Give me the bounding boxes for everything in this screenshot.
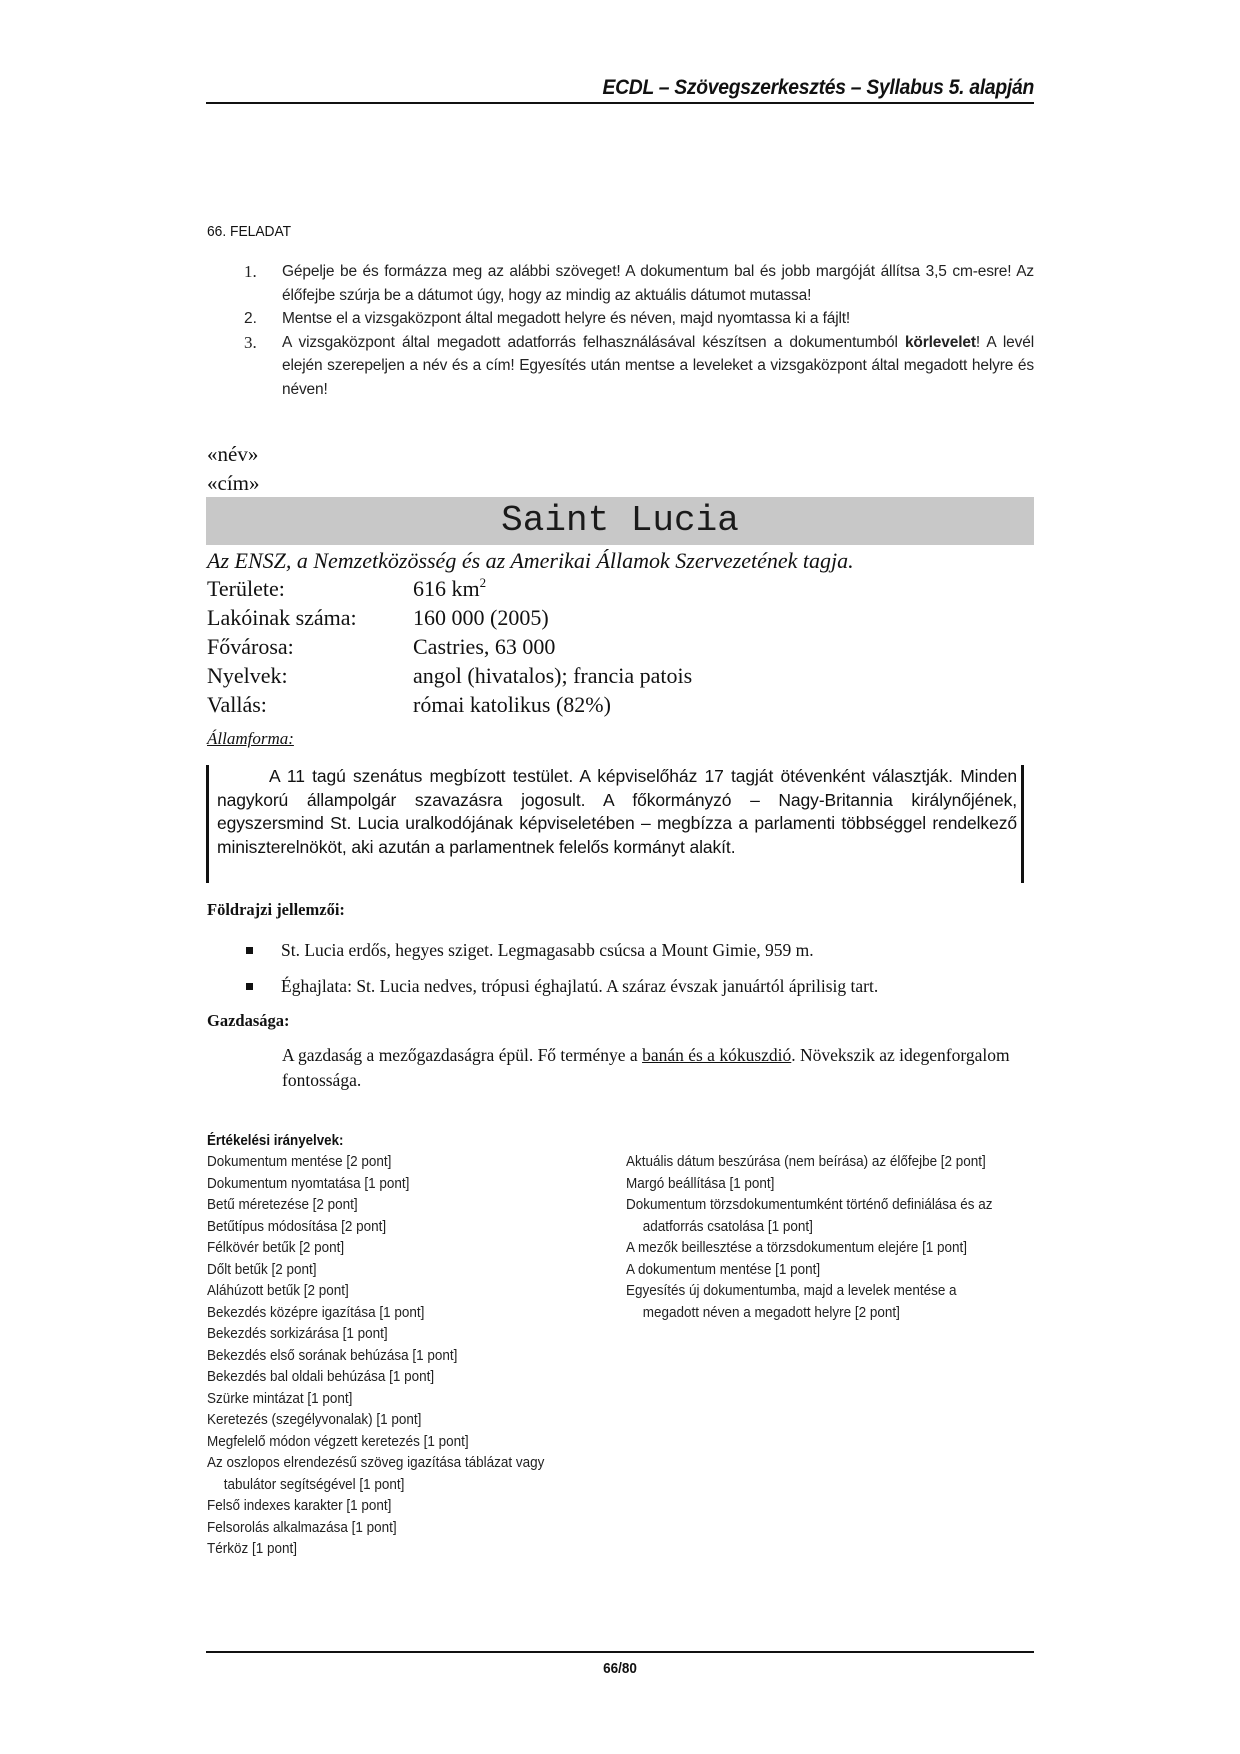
footer-rule [206,1651,1034,1653]
government-paragraph: A 11 tagú szenátus megbízott testület. A… [206,765,1024,883]
evaluation-item: Dokumentum nyomtatása [1 pont] [207,1174,588,1196]
facts-table: Területe: 616 km2 Lakóinak száma: 160 00… [207,574,1007,719]
merge-field-name: «név» [207,442,258,467]
task-item-text: Mentse el a vizsgaközpont által megadott… [282,310,850,327]
evaluation-item: Bekezdés első sorának behúzása [1 pont] [207,1346,588,1368]
fact-row: Területe: 616 km2 [207,574,1007,603]
fact-label: Fővárosa: [207,632,294,661]
evaluation-item: A mezők beillesztése a törzsdokumentum e… [626,1238,1007,1260]
fact-value: római katolikus (82%) [413,690,611,719]
page-header-title: ECDL – Szövegszerkesztés – Syllabus 5. a… [272,76,1034,100]
task-item: 1. Gépelje be és formázza meg az alábbi … [244,260,1034,307]
evaluation-item: Aláhúzott betűk [2 pont] [207,1281,588,1303]
geography-list: St. Lucia erdős, hegyes sziget. Legmagas… [246,938,878,1010]
evaluation-item: Megfelelő módon végzett keretezés [1 pon… [207,1432,588,1454]
evaluation-item: Bekezdés középre igazítása [1 pont] [207,1303,588,1325]
task-item-bold-term: körlevelet [905,334,976,351]
evaluation-item: Felsorolás alkalmazása [1 pont] [207,1518,588,1540]
fact-label: Vallás: [207,690,267,719]
evaluation-title: Értékelési irányelvek: [207,1133,343,1149]
document-subtitle: Az ENSZ, a Nemzetközösség és az Amerikai… [207,548,854,574]
evaluation-item: Szürke mintázat [1 pont] [207,1389,588,1411]
fact-value: 160 000 (2005) [413,603,549,632]
list-item-text: Éghajlata: St. Lucia nedves, trópusi égh… [281,976,878,996]
task-item-text-part: A vizsgaközpont által megadott adatforrá… [282,334,905,351]
list-item-text: St. Lucia erdős, hegyes sziget. Legmagas… [281,940,814,960]
evaluation-list-left: Dokumentum mentése [2 pont]Dokumentum ny… [207,1152,617,1561]
list-item: St. Lucia erdős, hegyes sziget. Legmagas… [246,938,878,974]
evaluation-item: Bekezdés sorkizárása [1 pont] [207,1324,588,1346]
task-item-number: 2. [244,307,257,331]
evaluation-item: Bekezdés bal oldali behúzása [1 pont] [207,1367,588,1389]
merge-field-address: «cím» [207,471,260,496]
economy-text-part: A gazdaság a mezőgazdaságra épül. Fő ter… [282,1045,642,1065]
evaluation-item: Egyesítés új dokumentumba, majd a levele… [626,1281,1007,1324]
task-item: 3. A vizsgaközpont által megadott adatfo… [244,331,1034,402]
task-list: 1. Gépelje be és formázza meg az alábbi … [244,260,1034,401]
superscript: 2 [480,575,487,590]
evaluation-item: Betűtípus módosítása [2 pont] [207,1217,588,1239]
header-rule [206,102,1034,104]
evaluation-item: Dokumentum törzsdokumentumként történő d… [626,1195,1007,1238]
geography-heading: Földrajzi jellemzői: [207,900,345,920]
fact-value: Castries, 63 000 [413,632,555,661]
evaluation-item: Felső indexes karakter [1 pont] [207,1496,588,1518]
economy-heading: Gazdasága: [207,1011,290,1031]
government-label: Államforma: [207,729,294,749]
list-item: Éghajlata: St. Lucia nedves, trópusi égh… [246,974,878,1010]
fact-row: Fővárosa: Castries, 63 000 [207,632,1007,661]
page-number: 66/80 [247,1660,992,1677]
fact-row: Nyelvek: angol (hivatalos); francia pato… [207,661,1007,690]
evaluation-item: Dokumentum mentése [2 pont] [207,1152,588,1174]
evaluation-list-right: Aktuális dátum beszúrása (nem beírása) a… [626,1152,1036,1324]
evaluation-item: Félkövér betűk [2 pont] [207,1238,588,1260]
task-item-number: 3. [244,331,257,355]
economy-paragraph: A gazdaság a mezőgazdaságra épül. Fő ter… [282,1043,1022,1093]
fact-value: angol (hivatalos); francia patois [413,661,692,690]
evaluation-item: A dokumentum mentése [1 pont] [626,1260,1007,1282]
fact-row: Lakóinak száma: 160 000 (2005) [207,603,1007,632]
task-item-text: A vizsgaközpont által megadott adatforrá… [282,334,1034,398]
evaluation-item: Térköz [1 pont] [207,1539,588,1561]
document-title: Saint Lucia [206,497,1034,545]
document-page: ECDL – Szövegszerkesztés – Syllabus 5. a… [0,0,1240,1754]
fact-label: Nyelvek: [207,661,288,690]
evaluation-item: Keretezés (szegélyvonalak) [1 pont] [207,1410,588,1432]
fact-label: Területe: [207,574,285,603]
evaluation-item: Margó beállítása [1 pont] [626,1174,1007,1196]
task-title: 66. FELADAT [207,223,291,240]
task-item-number: 1. [244,260,257,284]
economy-underlined-term: banán és a kókuszdió [642,1045,791,1065]
evaluation-item: Az oszlopos elrendezésű szöveg igazítása… [207,1453,588,1496]
evaluation-item: Betű méretezése [2 pont] [207,1195,588,1217]
fact-row: Vallás: római katolikus (82%) [207,690,1007,719]
task-item-text: Gépelje be és formázza meg az alábbi szö… [282,263,1034,304]
square-bullet-icon [246,983,253,990]
evaluation-item: Dőlt betűk [2 pont] [207,1260,588,1282]
square-bullet-icon [246,947,253,954]
fact-value-text: 616 km [413,576,480,601]
fact-label: Lakóinak száma: [207,603,357,632]
task-item: 2. Mentse el a vizsgaközpont által megad… [244,307,1034,331]
evaluation-item: Aktuális dátum beszúrása (nem beírása) a… [626,1152,1007,1174]
fact-value: 616 km2 [413,574,486,603]
